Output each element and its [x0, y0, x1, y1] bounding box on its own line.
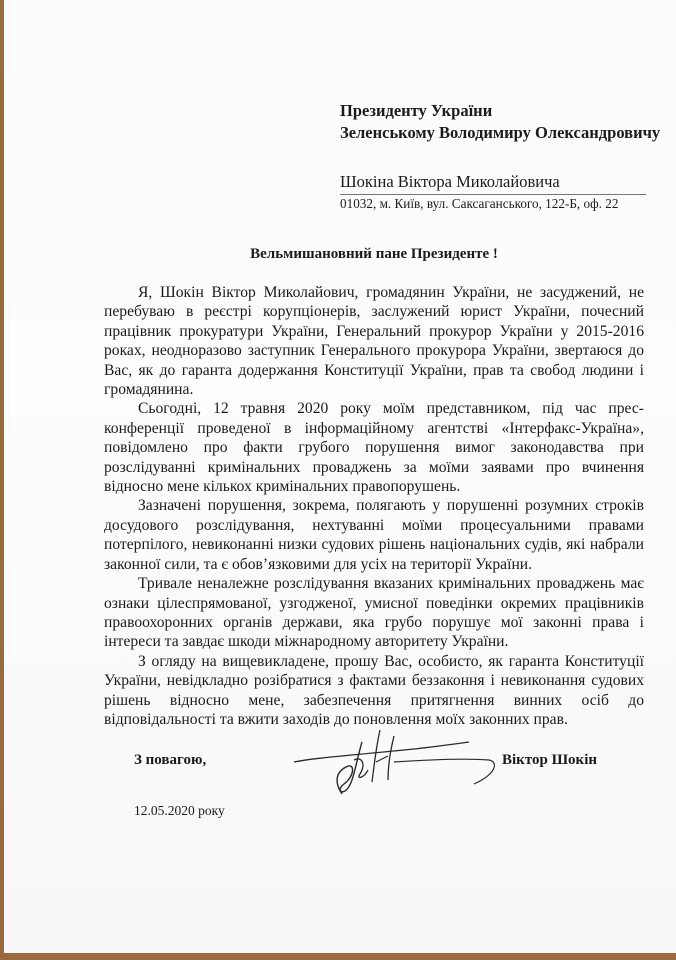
paragraph-1: Я, Шокін Віктор Миколайович, громадянин …	[104, 283, 644, 399]
addressee-block: Президенту України Зеленському Володимир…	[340, 100, 660, 144]
closing: З повагою,	[134, 752, 206, 769]
signature-icon	[284, 722, 504, 797]
letter-date: 12.05.2020 року	[134, 803, 225, 819]
addressee-title: Президенту України	[340, 100, 660, 122]
sender-address: 01032, м. Київ, вул. Саксаганського, 122…	[340, 196, 618, 212]
letter-body: Я, Шокін Віктор Миколайович, громадянин …	[104, 283, 644, 729]
signer-name: Віктор Шокін	[502, 752, 597, 769]
paragraph-4: Тривале неналежне розслідування вказаних…	[104, 574, 644, 652]
letter-page: Президенту України Зеленському Володимир…	[4, 0, 676, 953]
paragraph-2: Сьогодні, 12 травня 2020 року моїм предс…	[104, 399, 644, 496]
sender-name: Шокіна Віктора Миколайовича	[340, 172, 646, 195]
salutation: Вельмишановний пане Президенте !	[4, 246, 676, 263]
addressee-name: Зеленському Володимиру Олександровичу	[340, 122, 660, 144]
paragraph-3: Зазначені порушення, зокрема, полягають …	[104, 496, 644, 574]
paragraph-5: З огляду на вищевикладене, прошу Вас, ос…	[104, 652, 644, 730]
